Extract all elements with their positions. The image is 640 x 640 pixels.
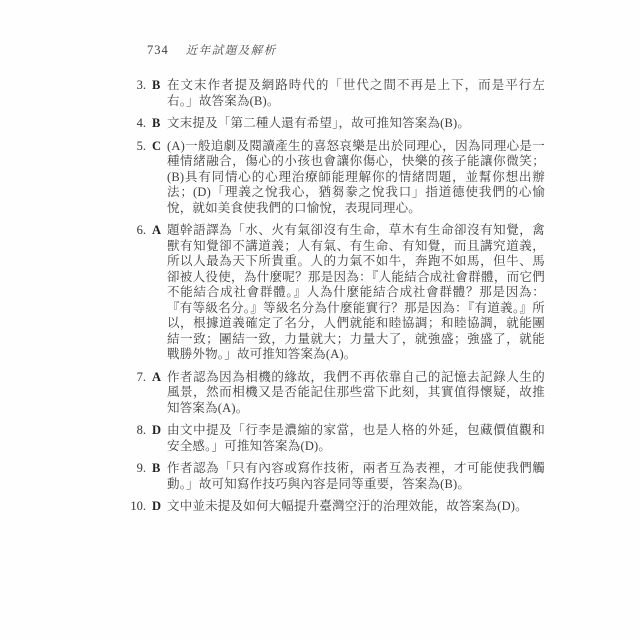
answer-letter: D [152,423,167,454]
question-number: 9. [0,461,146,492]
answer-letter: D [152,499,167,515]
answer-item: 7. A 作者認為因為相機的緣故，我們不再依靠自己的記憶去記錄人生的風景，然而相… [0,370,640,417]
answer-item: 5. C (A)一般追劇及閱讀產生的喜怒哀樂是出於同理心，因為同理心是一種情緒融… [0,139,640,217]
question-number: 10. [0,499,146,515]
explanation-text: 題幹語譯為「水、火有氣卻沒有生命，草木有生命卻沒有知覺，禽獸有知覺卻不講道義；人… [167,223,545,363]
question-number: 3. [0,78,146,109]
explanation-text: 由文中提及「行李是濃縮的家當，也是人格的外延，包藏價值觀和安全感。」可推知答案為… [167,423,545,454]
question-number: 7. [0,370,146,417]
answer-letter: B [152,78,167,109]
explanation-text: 文中並未提及如何大幅提升臺灣空汙的治理效能，故答案為(D)。 [167,499,545,515]
question-number: 5. [0,139,146,217]
scanned-book-page: 734 近年試題及解析 3. B 在文末作者提及網路時代的「世代之間不再是上下，… [0,0,640,640]
answer-letter: A [152,223,167,363]
answer-item: 6. A 題幹語譯為「水、火有氣卻沒有生命，草木有生命卻沒有知覺，禽獸有知覺卻不… [0,223,640,363]
answer-list: 3. B 在文末作者提及網路時代的「世代之間不再是上下，而是平行左右。」故答案為… [0,78,640,522]
answer-item: 3. B 在文末作者提及網路時代的「世代之間不再是上下，而是平行左右。」故答案為… [0,78,640,109]
answer-item: 10. D 文中並未提及如何大幅提升臺灣空汙的治理效能，故答案為(D)。 [0,499,640,515]
page-header-title: 近年試題及解析 [186,45,277,57]
answer-letter: C [152,139,167,217]
explanation-text: (A)一般追劇及閱讀產生的喜怒哀樂是出於同理心，因為同理心是一種情緒融合，傷心的… [167,139,545,217]
explanation-text: 文末提及「第二種人還有希望」，故可推知答案為(B)。 [167,116,545,132]
explanation-text: 作者認為「只有內容或寫作技術，兩者互為表裡，才可能使我們觸動。」故可知寫作技巧與… [167,461,545,492]
answer-letter: A [152,370,167,417]
question-number: 8. [0,423,146,454]
running-header: 734 近年試題及解析 [147,42,277,58]
answer-letter: B [152,461,167,492]
explanation-text: 作者認為因為相機的緣故，我們不再依靠自己的記憶去記錄人生的風景，然而相機又是否能… [167,370,545,417]
answer-item: 8. D 由文中提及「行李是濃縮的家當，也是人格的外延，包藏價值觀和安全感。」可… [0,423,640,454]
answer-item: 9. B 作者認為「只有內容或寫作技術，兩者互為表裡，才可能使我們觸動。」故可知… [0,461,640,492]
question-number: 6. [0,223,146,363]
answer-letter: B [152,116,167,132]
question-number: 4. [0,116,146,132]
page-number: 734 [147,43,169,57]
explanation-text: 在文末作者提及網路時代的「世代之間不再是上下，而是平行左右。」故答案為(B)。 [167,78,545,109]
answer-item: 4. B 文末提及「第二種人還有希望」，故可推知答案為(B)。 [0,116,640,132]
